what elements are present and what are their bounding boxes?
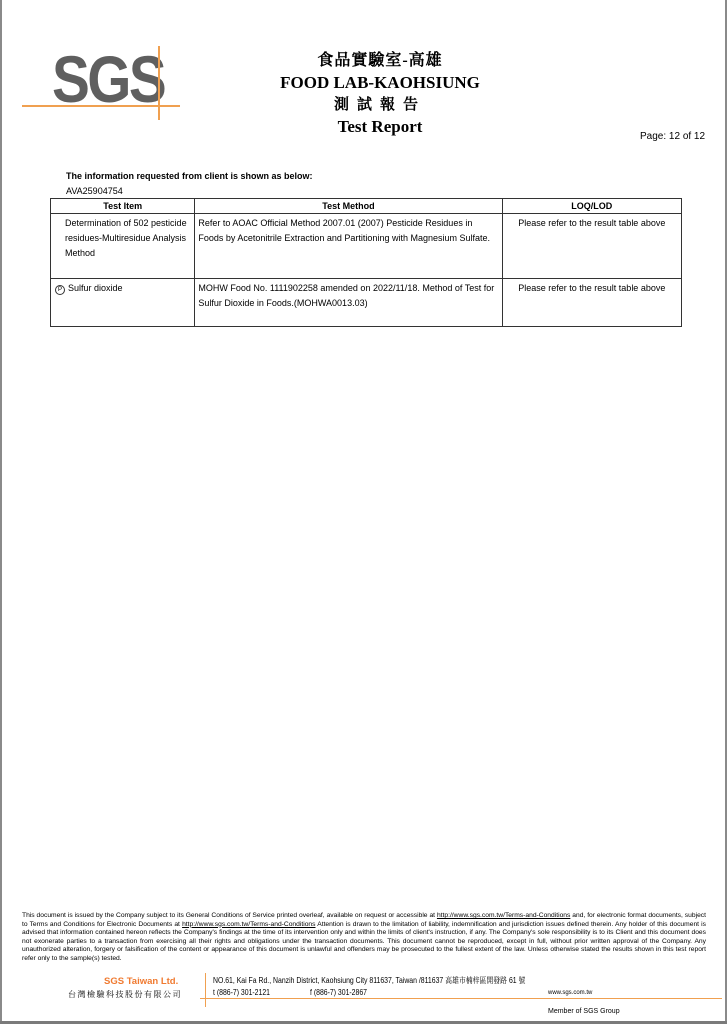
report-title-english: Test Report <box>260 116 500 138</box>
disclaimer-text: This document is issued by the Company s… <box>22 912 437 919</box>
test-item-text: Determination of 502 pesticide residues-… <box>65 218 187 258</box>
header-test-item: Test Item <box>51 199 195 214</box>
header-loq-lod: LOQ/LOD <box>502 199 681 214</box>
logo-text: SGS <box>52 48 164 110</box>
telephone: t (886-7) 301-2121 <box>213 988 270 997</box>
test-method-cell: MOHW Food No. 1111902258 amended on 2022… <box>195 279 502 327</box>
p-circle-icon: P <box>55 285 65 295</box>
page-border-left <box>0 0 2 1024</box>
report-title-chinese: 測試報告 <box>260 94 500 116</box>
lab-name-english: FOOD LAB-KAOHSIUNG <box>260 72 500 94</box>
table-row: PSulfur dioxide MOHW Food No. 1111902258… <box>51 279 682 327</box>
company-name-english: SGS Taiwan Ltd. <box>104 976 178 987</box>
company-address: NO.61, Kai Fa Rd., Nanzih District, Kaoh… <box>213 975 525 986</box>
intro-text: The information requested from client is… <box>66 171 313 181</box>
table-header-row: Test Item Test Method LOQ/LOD <box>51 199 682 214</box>
header-test-method: Test Method <box>195 199 502 214</box>
loq-cell: Please refer to the result table above <box>502 214 681 279</box>
logo-horizontal-line <box>22 105 180 107</box>
website-link[interactable]: www.sgs.com.tw <box>548 990 592 996</box>
sample-id: AVA25904754 <box>66 186 123 196</box>
test-method-cell: Refer to AOAC Official Method 2007.01 (2… <box>195 214 502 279</box>
report-header: 食品實驗室-高雄 FOOD LAB-KAOHSIUNG 測試報告 Test Re… <box>260 50 500 138</box>
test-item-text: Sulfur dioxide <box>68 283 123 293</box>
footer-vertical-divider <box>205 973 206 1007</box>
logo-vertical-line <box>158 46 160 120</box>
lab-name-chinese: 食品實驗室-高雄 <box>260 50 500 72</box>
terms-electronic-link[interactable]: http://www.sgs.com.tw/Terms-and-Conditio… <box>182 921 315 928</box>
sgs-logo: SGS <box>22 46 182 121</box>
loq-cell: Please refer to the result table above <box>502 279 681 327</box>
legal-disclaimer: This document is issued by the Company s… <box>22 912 706 964</box>
table-row: Determination of 502 pesticide residues-… <box>51 214 682 279</box>
terms-link[interactable]: http://www.sgs.com.tw/Terms-and-Conditio… <box>437 912 570 919</box>
test-method-table: Test Item Test Method LOQ/LOD Determinat… <box>50 198 682 327</box>
page-number: Page: 12 of 12 <box>640 131 705 142</box>
test-item-cell: PSulfur dioxide <box>51 279 195 327</box>
member-of-sgs-group: Member of SGS Group <box>548 1008 620 1015</box>
fax: f (886-7) 301-2867 <box>310 988 367 997</box>
company-name-chinese: 台灣檢驗科技股份有限公司 <box>68 989 182 1000</box>
footer-divider <box>200 998 722 999</box>
test-item-cell: Determination of 502 pesticide residues-… <box>51 214 195 279</box>
